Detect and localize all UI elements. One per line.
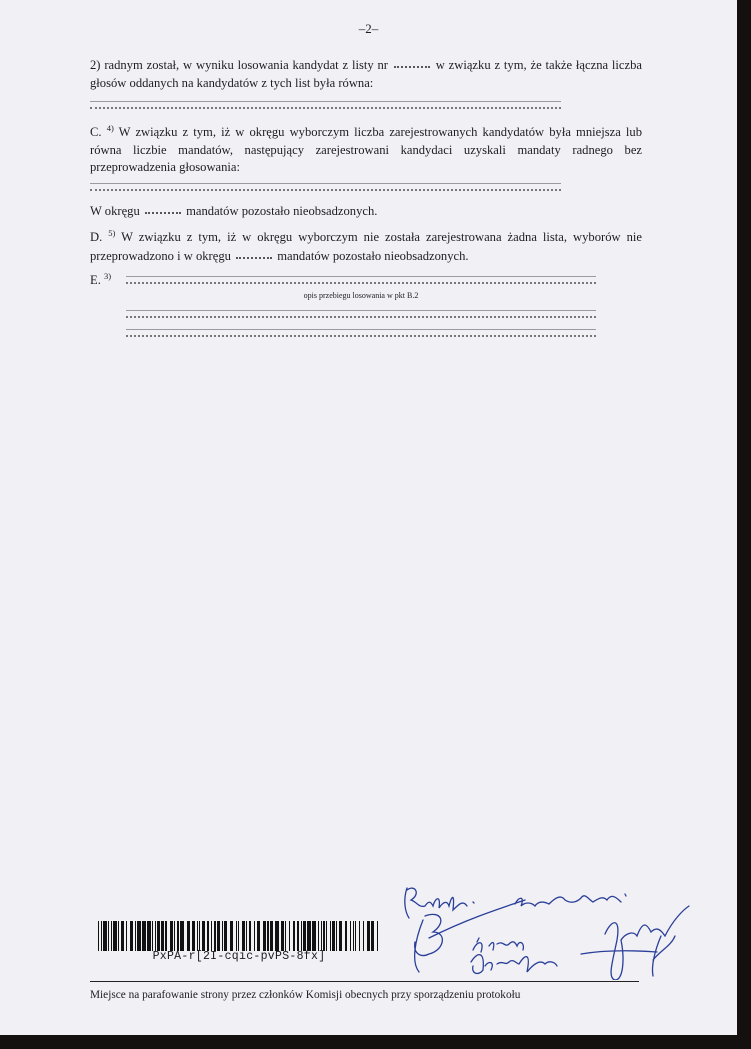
initials-caption: Miejsce na parafowanie strony przez czło… — [90, 989, 520, 1001]
section-e-caption: opis przebiegu losowania w pkt B.2 — [126, 291, 596, 300]
list-number-field[interactable] — [394, 56, 430, 68]
section-c-unfilled: W okręgu mandatów pozostało nieobsadzony… — [90, 202, 642, 221]
section-d-text-after: mandatów pozostało nieobsadzonych. — [277, 249, 468, 263]
section-b2-paragraph: 2) radnym został, w wyniku losowania kan… — [90, 56, 642, 92]
section-e-letter: E. — [90, 273, 101, 287]
section-d-footnote: 5) — [108, 228, 115, 238]
section-c-footnote: 4) — [107, 123, 114, 133]
section-e-label: E. 3) — [90, 272, 120, 290]
section-c-paragraph: C. 4) W związku z tym, iż w okręgu wybor… — [90, 124, 642, 177]
unfilled-suffix: mandatów pozostało nieobsadzonych. — [186, 204, 377, 218]
unfilled-prefix: W okręgu — [90, 204, 140, 218]
section-d-letter: D. — [90, 230, 102, 244]
handwritten-signatures — [385, 880, 695, 980]
section-d-mandates-field[interactable] — [236, 247, 272, 259]
document-page: –2– 2) radnym został, w wyniku losowania… — [0, 0, 737, 1035]
barcode — [98, 921, 380, 951]
section-e-footnote: 3) — [104, 271, 111, 281]
unfilled-mandates-field[interactable] — [145, 202, 181, 214]
barcode-bar — [378, 921, 381, 951]
lottery-fill-line-2[interactable] — [126, 310, 596, 318]
section-c-text: W związku z tym, iż w okręgu wyborczym l… — [90, 125, 642, 174]
section-c-letter: C. — [90, 125, 102, 139]
page-number: –2– — [0, 21, 737, 37]
candidates-fill-line[interactable] — [90, 183, 561, 191]
lottery-fill-line-1[interactable] — [126, 276, 596, 284]
lottery-fill-line-3[interactable] — [126, 329, 596, 337]
section-b2-text-before: 2) radnym został, w wyniku losowania kan… — [90, 58, 388, 72]
votes-fill-line[interactable] — [90, 101, 561, 109]
signature-line — [90, 981, 639, 982]
section-d-paragraph: D. 5) W związku z tym, iż w okręgu wybor… — [90, 229, 642, 265]
barcode-text: PxPA-r[2I-cqic-pvPS-8fx] — [98, 950, 380, 963]
